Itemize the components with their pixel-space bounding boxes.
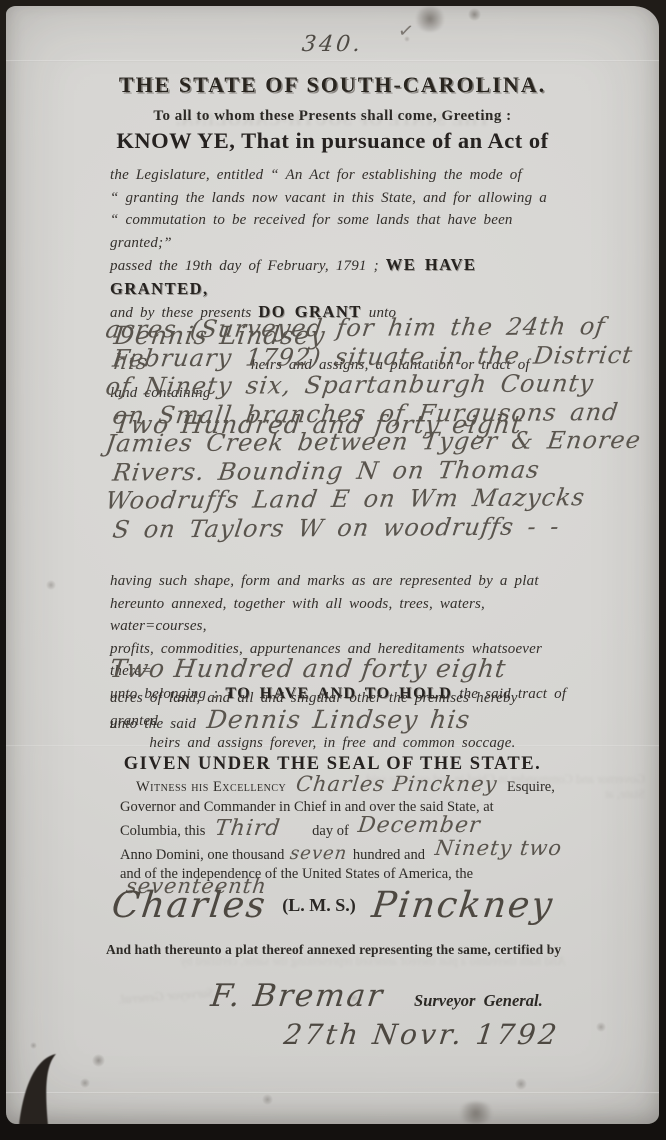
witness-pre-text: Witness his Excellency bbox=[136, 779, 286, 795]
stain-spot bbox=[46, 580, 56, 590]
plat-certification-line: And hath thereunto a plat thereof annexe… bbox=[106, 942, 659, 958]
witness-line-4: Anno Domini, one thousand seven hundred … bbox=[120, 843, 587, 865]
witness-line-2: Governor and Commander in Chief in and o… bbox=[120, 798, 587, 817]
description-line: on Small branches of Furgusons and bbox=[111, 398, 575, 430]
month-handwritten: December bbox=[357, 814, 482, 838]
day-of-text: day of bbox=[312, 823, 349, 839]
day-handwritten: Third bbox=[214, 817, 282, 841]
habendum-line-2: hereunto annexed, together with all wood… bbox=[110, 593, 567, 638]
bleedthrough-text: Surveyor General. bbox=[64, 985, 215, 1011]
columbia-this-text: Columbia, this bbox=[120, 823, 205, 839]
hundred-and-text: hundred and bbox=[353, 847, 425, 863]
survey-date-row: 27th Novr. 1792 bbox=[284, 1018, 659, 1051]
grantee-name-handwritten-repeat: Dennis Lindsey his bbox=[205, 707, 471, 733]
page-number: 340. bbox=[300, 32, 364, 57]
preamble-line-3: “ commutation to be received for some la… bbox=[110, 209, 567, 254]
paper-crease bbox=[6, 60, 659, 62]
stain-spot bbox=[468, 8, 481, 21]
anno-domini-text: Anno Domini, one thousand bbox=[120, 847, 284, 863]
seal-mark: (L. M. S.) bbox=[282, 895, 356, 916]
checkmark-annotation: ✓ bbox=[396, 19, 415, 44]
property-description-handwritten: acres (Surveyed for him the 24th of Febr… bbox=[106, 314, 573, 542]
stain-spot bbox=[92, 1054, 105, 1067]
clip-shadow bbox=[14, 1050, 86, 1124]
stain-spot bbox=[262, 1094, 273, 1105]
description-line: S on Taylors W on woodruffs - - bbox=[111, 512, 575, 544]
description-line: Jamies Creek between Tyger & Enoree bbox=[104, 426, 575, 458]
unto-the-said-text: unto the said bbox=[110, 716, 196, 732]
stain-spot bbox=[414, 6, 446, 32]
description-line: February 1792) situate in the District bbox=[111, 341, 575, 373]
description-line: of Ninety six, Spartanburgh County bbox=[104, 369, 575, 401]
year-handwritten: Ninety two bbox=[433, 839, 562, 858]
act-date-text: passed the 19th day of February, 1791 ; bbox=[110, 258, 379, 274]
governor-signature-row: Charles (L. M. S.) Pinckney bbox=[126, 874, 539, 936]
preamble-line-1: the Legislature, entitled “ An Act for e… bbox=[110, 164, 567, 187]
description-line: Rivers. Bounding N on Thomas bbox=[111, 455, 575, 487]
century-handwritten: seven bbox=[289, 844, 349, 863]
surveyor-title: Surveyor General. bbox=[414, 991, 543, 1011]
surveyor-signature-row: F. Bremar Surveyor General. bbox=[211, 978, 659, 1014]
stain-spot bbox=[30, 1042, 37, 1049]
witness-line-1: Witness his Excellency Charles Pinckney … bbox=[120, 774, 587, 798]
governor-signature-last: Pinckney bbox=[369, 885, 556, 926]
esquire-text: Esquire, bbox=[507, 779, 555, 795]
description-line: Woodruffs Land E on Wm Mazycks bbox=[104, 483, 575, 515]
habendum-line-7: heirs and assigns forever, in free and c… bbox=[6, 732, 659, 755]
preamble-line-2: “ granting the lands now vacant in this … bbox=[110, 187, 567, 210]
acreage-handwritten-repeat: Two Hundred and forty eight bbox=[108, 654, 508, 683]
stain-spot bbox=[515, 1078, 527, 1090]
document-page: THE STATE OF SOUTH-CAROLINA. Governor an… bbox=[6, 6, 659, 1124]
paper-crease bbox=[6, 1092, 659, 1094]
habendum-line-1: having such shape, form and marks as are… bbox=[110, 570, 567, 593]
governor-name-handwritten: Charles Pinckney bbox=[295, 774, 499, 795]
preamble-line-4: passed the 19th day of February, 1791 ; … bbox=[110, 254, 567, 301]
description-line: acres (Surveyed for him the 24th of bbox=[104, 312, 575, 344]
photographed-scan-background: THE STATE OF SOUTH-CAROLINA. Governor an… bbox=[0, 0, 666, 1140]
surveyor-signature: F. Bremar bbox=[209, 978, 386, 1014]
habendum-section: having such shape, form and marks as are… bbox=[110, 570, 567, 705]
acreage-repeat-row: Two Hundred and forty eight bbox=[110, 654, 659, 683]
governor-signature-first: Charles bbox=[109, 885, 269, 926]
salutation-line: To all to whom these Presents shall come… bbox=[6, 108, 659, 125]
document-title: THE STATE OF SOUTH-CAROLINA. bbox=[6, 72, 659, 98]
page-number-row: 340. bbox=[6, 32, 659, 57]
survey-date-handwritten: 27th Novr. 1792 bbox=[282, 1018, 561, 1051]
stain-spot bbox=[456, 1102, 496, 1124]
know-ye-heading: KNOW YE, That in pursuance of an Act of bbox=[6, 128, 659, 154]
